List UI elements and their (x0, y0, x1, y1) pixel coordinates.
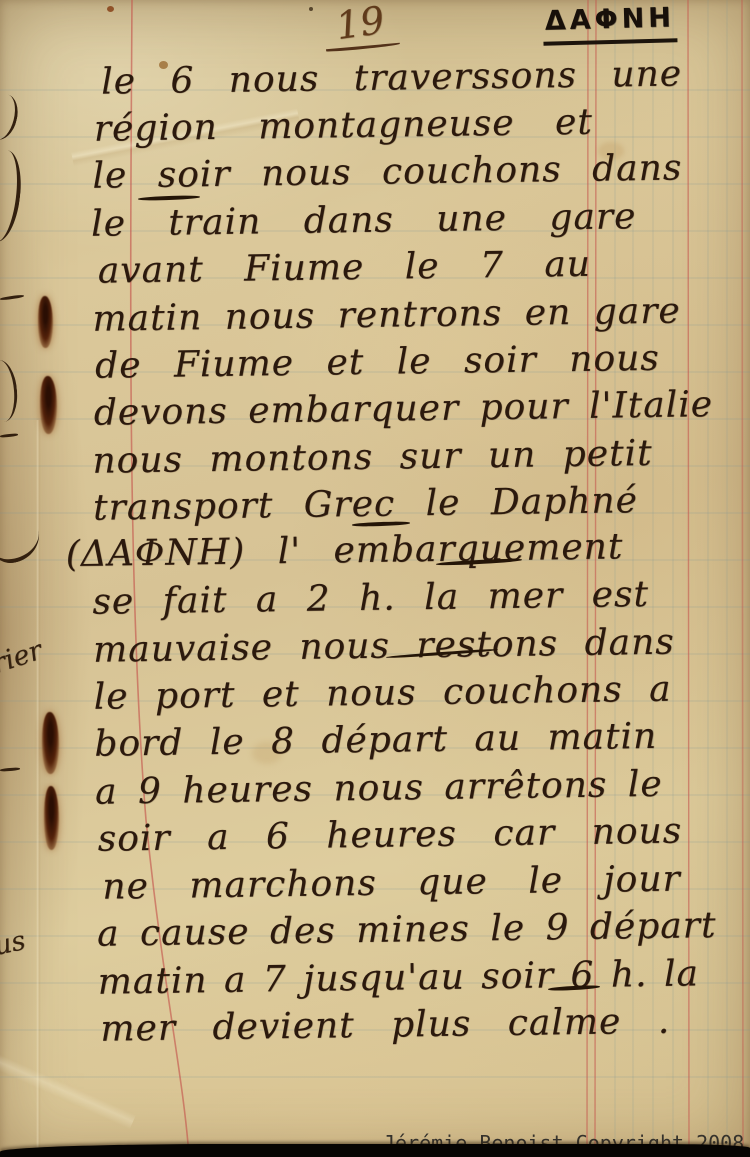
manuscript-line: devons embarquer pour l'Italie (94, 387, 714, 432)
manuscript-line: le soir nous couchons dans (92, 150, 682, 194)
notebook-page: rier us 19 ΔΑΦΝΗ le 6 nous traverssons u… (0, 0, 750, 1157)
manuscript-line: mer devient plus calme . (100, 1004, 670, 1048)
manuscript-line: matin nous rentrons en gare (92, 294, 681, 338)
manuscript-line: soir a 6 heures car nous (97, 814, 682, 858)
manuscript-line: le port et nous couchons a (94, 672, 672, 716)
manuscript-line: nous montons sur un petit (92, 436, 653, 480)
manuscript-line: ne marchons que le jour (102, 862, 681, 906)
manuscript-line: bord le 8 départ au matin (94, 719, 657, 763)
manuscript-line: de Fiume et le soir nous (95, 341, 660, 385)
manuscript-line: région montagneuse et (94, 105, 593, 148)
manuscript-line: transport Grec le Daphné (93, 483, 638, 527)
manuscript-line: (ΔΑΦΝΗ) l' embarquement (66, 529, 624, 573)
scan-edge-bar (0, 1144, 750, 1157)
manuscript-line: avant Fiume le 7 au (98, 247, 592, 290)
manuscript-line: le 6 nous traverssons une (101, 56, 682, 100)
manuscript-line: se fait a 2 h. la mer est (92, 577, 649, 621)
manuscript-line: matin a 7 jusqu'au soir 6 h. la (97, 956, 699, 1000)
manuscript-line: a cause des mines le 9 départ (97, 908, 717, 953)
manuscript-line: a 9 heures nous arrêtons le (95, 767, 663, 811)
manuscript-line: le train dans une gare (91, 199, 637, 243)
manuscript-body: le 6 nous traverssons une région montagn… (0, 0, 750, 1157)
manuscript-line: mauvaise nous restons dans (93, 625, 675, 669)
